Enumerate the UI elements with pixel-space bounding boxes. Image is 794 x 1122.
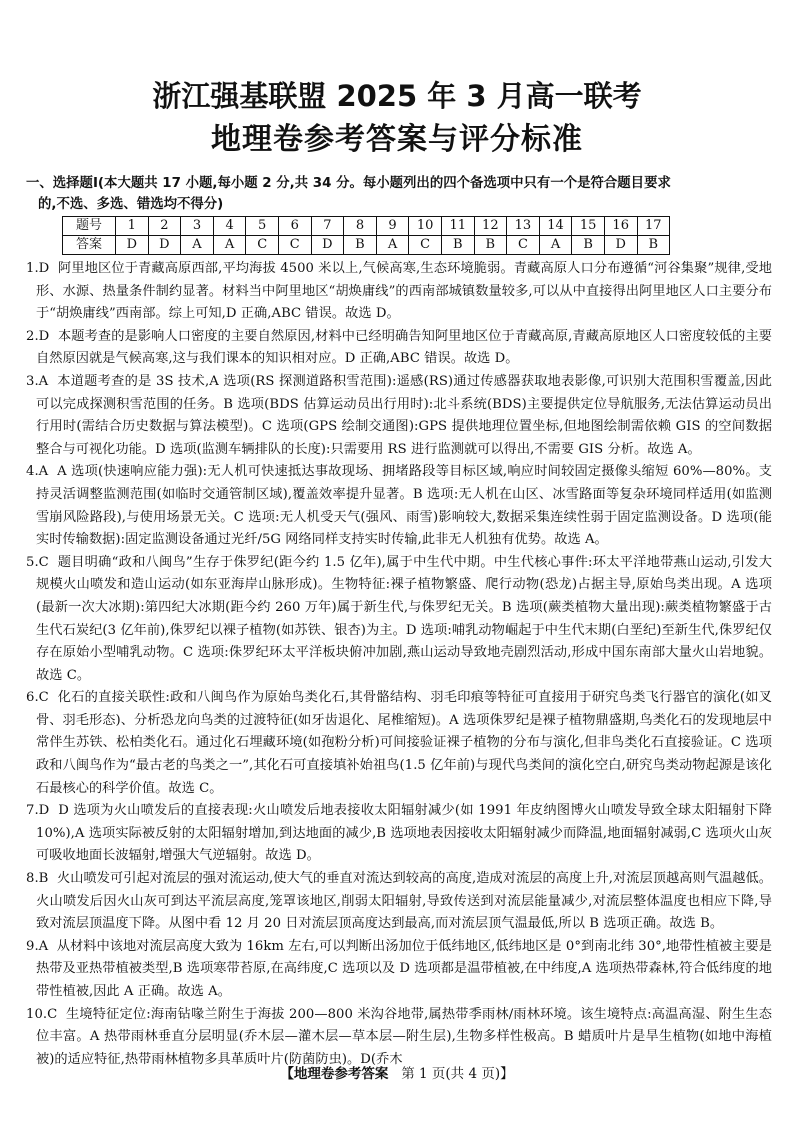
question-number: 5 xyxy=(246,217,279,236)
answer-cell: B xyxy=(572,236,605,255)
explanation-text: 火山喷发可引起对流层的强对流运动,使大气的垂直对流达到较高的高度,造成对流层的高… xyxy=(36,871,772,931)
explanation-text: 题目明确“政和八闽鸟”生存于侏罗纪(距今约 1.5 亿年),属于中生代中期。中生… xyxy=(36,555,772,683)
explanation-text: 生境特征定位:海南钻喙兰附生于海拔 200—800 米沟谷地带,属热带季雨林/雨… xyxy=(36,1007,772,1067)
explanation-number: 5.C xyxy=(26,555,49,570)
question-number: 6 xyxy=(278,217,311,236)
answer-cell: A xyxy=(539,236,572,255)
explanation-number: 1.D xyxy=(26,261,49,276)
section-heading: 一、选择题Ⅰ(本大题共 17 小题,每小题 2 分,共 34 分。每小题列出的四… xyxy=(26,173,766,215)
answer-cell: A xyxy=(213,236,246,255)
explanation-text: D 选项为火山喷发后的直接表现:火山喷发后地表接收太阳辐射减少(如 1991 年… xyxy=(36,803,772,863)
explanation-item: 3.A 本道题考查的是 3S 技术,A 选项(RS 探测道路积雪范围):遥感(R… xyxy=(26,371,772,461)
answer-cell: B xyxy=(441,236,474,255)
question-number: 15 xyxy=(572,217,605,236)
answer-table-number-row: 题号 1 2 3 4 5 6 7 8 9 10 11 12 13 14 15 1… xyxy=(63,217,670,236)
footer-page-info: 第 1 页(共 4 页)】 xyxy=(401,1066,513,1082)
explanation-item: 7.D D 选项为火山喷发后的直接表现:火山喷发后地表接收太阳辐射减少(如 19… xyxy=(26,800,772,868)
question-number: 1 xyxy=(116,217,149,236)
answer-cell: B xyxy=(474,236,507,255)
explanations: 1.D 阿里地区位于青藏高原西部,平均海拔 4500 米以上,气候高寒,生态环境… xyxy=(26,258,772,1071)
question-number: 9 xyxy=(376,217,409,236)
page-footer: 【地理卷参考答案 第 1 页(共 4 页)】 xyxy=(0,1062,794,1082)
question-number: 7 xyxy=(311,217,344,236)
explanation-number: 6.C xyxy=(26,690,49,705)
section-heading-line2: 的,不选、多选、错选均不得分) xyxy=(26,194,766,215)
explanation-item: 1.D 阿里地区位于青藏高原西部,平均海拔 4500 米以上,气候高寒,生态环境… xyxy=(26,258,772,326)
answer-cell: C xyxy=(507,236,540,255)
question-number: 13 xyxy=(507,217,540,236)
explanation-item: 9.A 从材料中该地对流层高度大致为 16km 左右,可以判断出汤加位于低纬地区… xyxy=(26,936,772,1004)
exam-title: 浙江强基联盟 2025 年 3 月高一联考 xyxy=(0,74,794,115)
answer-cell: D xyxy=(148,236,181,255)
explanation-text: 本道题考查的是 3S 技术,A 选项(RS 探测道路积雪范围):遥感(RS)通过… xyxy=(36,374,772,457)
row-label-numbers: 题号 xyxy=(63,217,116,236)
answer-cell: D xyxy=(311,236,344,255)
footer-doc-label: 【地理卷参考答案 xyxy=(280,1066,388,1082)
answer-cell: A xyxy=(376,236,409,255)
question-number: 12 xyxy=(474,217,507,236)
explanation-item: 8.B 火山喷发可引起对流层的强对流运动,使大气的垂直对流达到较高的高度,造成对… xyxy=(26,868,772,936)
answer-cell: C xyxy=(246,236,279,255)
document-title: 地理卷参考答案与评分标准 xyxy=(0,114,794,158)
question-number: 4 xyxy=(213,217,246,236)
explanation-number: 2.D xyxy=(26,329,49,344)
explanation-item: 5.C 题目明确“政和八闽鸟”生存于侏罗纪(距今约 1.5 亿年),属于中生代中… xyxy=(26,552,772,688)
explanation-text: 本题考查的是影响人口密度的主要自然原因,材料中已经明确告知阿里地区位于青藏高原,… xyxy=(36,329,772,367)
explanation-text: 阿里地区位于青藏高原西部,平均海拔 4500 米以上,气候高寒,生态环境脆弱。青… xyxy=(36,261,772,321)
answer-cell: D xyxy=(116,236,149,255)
explanation-number: 7.D xyxy=(26,803,49,818)
question-number: 2 xyxy=(148,217,181,236)
explanation-item: 4.A A 选项(快速响应能力强):无人机可快速抵达事故现场、拥堵路段等目标区域… xyxy=(26,461,772,551)
question-number: 11 xyxy=(441,217,474,236)
question-number: 10 xyxy=(409,217,442,236)
explanation-item: 6.C 化石的直接关联性:政和八闽鸟作为原始鸟类化石,其骨骼结构、羽毛印痕等特征… xyxy=(26,687,772,800)
explanation-item: 2.D 本题考查的是影响人口密度的主要自然原因,材料中已经明确告知阿里地区位于青… xyxy=(26,326,772,371)
explanation-number: 10.C xyxy=(26,1007,57,1022)
explanation-number: 8.B xyxy=(26,871,48,886)
question-number: 8 xyxy=(344,217,377,236)
answer-cell: C xyxy=(409,236,442,255)
question-number: 3 xyxy=(181,217,214,236)
question-number: 17 xyxy=(637,217,670,236)
answer-cell: B xyxy=(344,236,377,255)
row-label-answers: 答案 xyxy=(63,236,116,255)
answer-cell: A xyxy=(181,236,214,255)
explanation-text: 化石的直接关联性:政和八闽鸟作为原始鸟类化石,其骨骼结构、羽毛印痕等特征可直接用… xyxy=(36,690,772,795)
explanation-number: 3.A xyxy=(26,374,48,389)
answer-table: 题号 1 2 3 4 5 6 7 8 9 10 11 12 13 14 15 1… xyxy=(62,216,670,255)
answer-cell: C xyxy=(278,236,311,255)
explanation-text: 从材料中该地对流层高度大致为 16km 左右,可以判断出汤加位于低纬地区,低纬地… xyxy=(36,939,772,999)
question-number: 14 xyxy=(539,217,572,236)
answer-table-answer-row: 答案 D D A A C C D B A C B B C A B D B xyxy=(63,236,670,255)
explanation-number: 4.A xyxy=(26,464,48,479)
explanation-text: A 选项(快速响应能力强):无人机可快速抵达事故现场、拥堵路段等目标区域,响应时… xyxy=(36,464,772,547)
answer-cell: D xyxy=(604,236,637,255)
answer-cell: B xyxy=(637,236,670,255)
section-heading-line1: 一、选择题Ⅰ(本大题共 17 小题,每小题 2 分,共 34 分。每小题列出的四… xyxy=(26,176,671,191)
question-number: 16 xyxy=(604,217,637,236)
explanation-number: 9.A xyxy=(26,939,48,954)
